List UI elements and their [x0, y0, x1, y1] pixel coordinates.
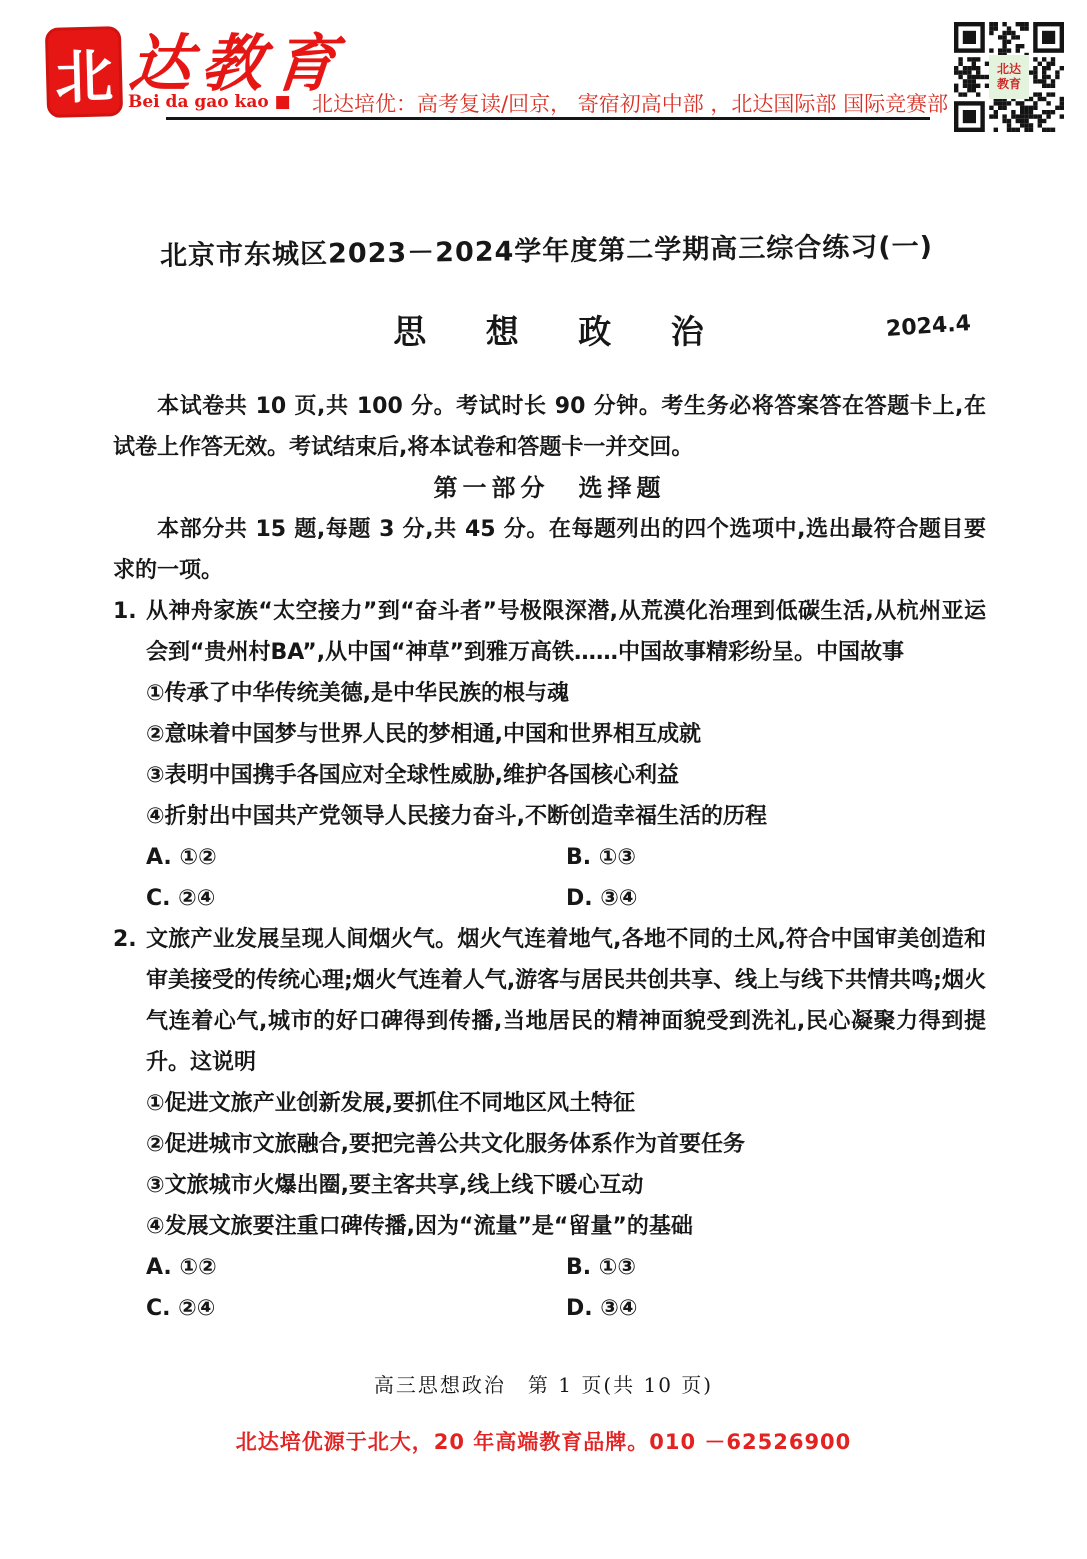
question-1-choices: A. ①② B. ①③ C. ②④ D. ③④	[146, 837, 986, 919]
question-1-choice-b: B. ①③	[566, 837, 986, 878]
question-2-number: 2.	[113, 919, 137, 960]
header-divider	[166, 117, 930, 120]
question-1-choice-a: A. ①②	[146, 837, 566, 878]
subject-row: 思 想 政 治 2024.4	[112, 306, 985, 356]
question-1-number: 1.	[113, 591, 137, 632]
exam-body: 本试卷共 10 页,共 100 分。考试时长 90 分钟。考生务必将答案答在答题…	[113, 386, 986, 1329]
question-2-option-2: ②促进城市文旅融合,要把完善公共文化服务体系作为首要任务	[146, 1124, 986, 1165]
page-header: 北 达教育 Bei da gao kao ■ 北达培优：高考复读/回京， 寄宿初…	[0, 0, 1087, 135]
seal-character: 北	[54, 29, 114, 114]
question-1-option-4: ④折射出中国共产党领导人民接力奋斗,不断创造幸福生活的历程	[146, 796, 986, 837]
question-1-stem: 从神舟家族“太空接力”到“奋斗者”号极限深潜,从荒漠化治理到低碳生活,从杭州亚运…	[146, 591, 986, 673]
promo-footer: 北达培优源于北大，20 年高端教育品牌。010 －62526900	[0, 1426, 1087, 1456]
question-2-choice-d: D. ③④	[566, 1288, 986, 1329]
question-2-option-1: ①促进文旅产业创新发展,要抓住不同地区风土特征	[146, 1083, 986, 1124]
brand-seal-logo: 北	[45, 26, 123, 118]
question-2-option-3: ③文旅城市火爆出圈,要主客共享,线上线下暖心互动	[146, 1165, 986, 1206]
question-2-stem: 文旅产业发展呈现人间烟火气。烟火气连着地气,各地不同的土风,符合中国审美创造和审…	[146, 919, 986, 1083]
page-footer-info: 高三思想政治 第 1 页(共 10 页)	[0, 1369, 1087, 1398]
question-1-option-3: ③表明中国携手各国应对全球性威胁,维护各国核心利益	[146, 755, 986, 796]
question-2-choices: A. ①② B. ①③ C. ②④ D. ③④	[146, 1247, 986, 1329]
exam-subject: 思 想 政 治	[112, 306, 985, 353]
qr-label-line2: 教育	[997, 77, 1021, 92]
exam-notice: 本试卷共 10 页,共 100 分。考试时长 90 分钟。考生务必将答案答在答题…	[113, 386, 986, 468]
brand-subtitle: Bei da gao kao ■	[128, 92, 291, 112]
qr-code: 北达 教育	[953, 22, 1065, 132]
question-1-option-1: ①传承了中华传统美德,是中华民族的根与魂	[146, 673, 986, 714]
question-2-option-4: ④发展文旅要注重口碑传播,因为“流量”是“留量”的基础	[146, 1206, 986, 1247]
question-2-choice-b: B. ①③	[566, 1247, 986, 1288]
question-2-choice-a: A. ①②	[146, 1247, 566, 1288]
question-1-choice-c: C. ②④	[146, 878, 566, 919]
question-2-choice-c: C. ②④	[146, 1288, 566, 1329]
part1-intro: 本部分共 15 题,每题 3 分,共 45 分。在每题列出的四个选项中,选出最符…	[113, 509, 986, 591]
part1-heading: 第一部分 选择题	[113, 468, 986, 509]
question-2: 2. 文旅产业发展呈现人间烟火气。烟火气连着地气,各地不同的土风,符合中国审美创…	[113, 919, 986, 1329]
question-1-choice-d: D. ③④	[566, 878, 986, 919]
exam-title: 北京市东城区2023－2024学年度第二学期高三综合练习(一)	[110, 224, 983, 274]
question-1-option-2: ②意味着中国梦与世界人民的梦相通,中国和世界相互成就	[146, 714, 986, 755]
qr-label-line1: 北达	[997, 62, 1021, 77]
qr-center-label: 北达 教育	[989, 55, 1029, 99]
question-1: 1. 从神舟家族“太空接力”到“奋斗者”号极限深潜,从荒漠化治理到低碳生活,从杭…	[113, 591, 986, 919]
header-slogan: 北达培优：高考复读/回京， 寄宿初高中部 ，北达国际部 国际竞赛部	[312, 88, 948, 118]
